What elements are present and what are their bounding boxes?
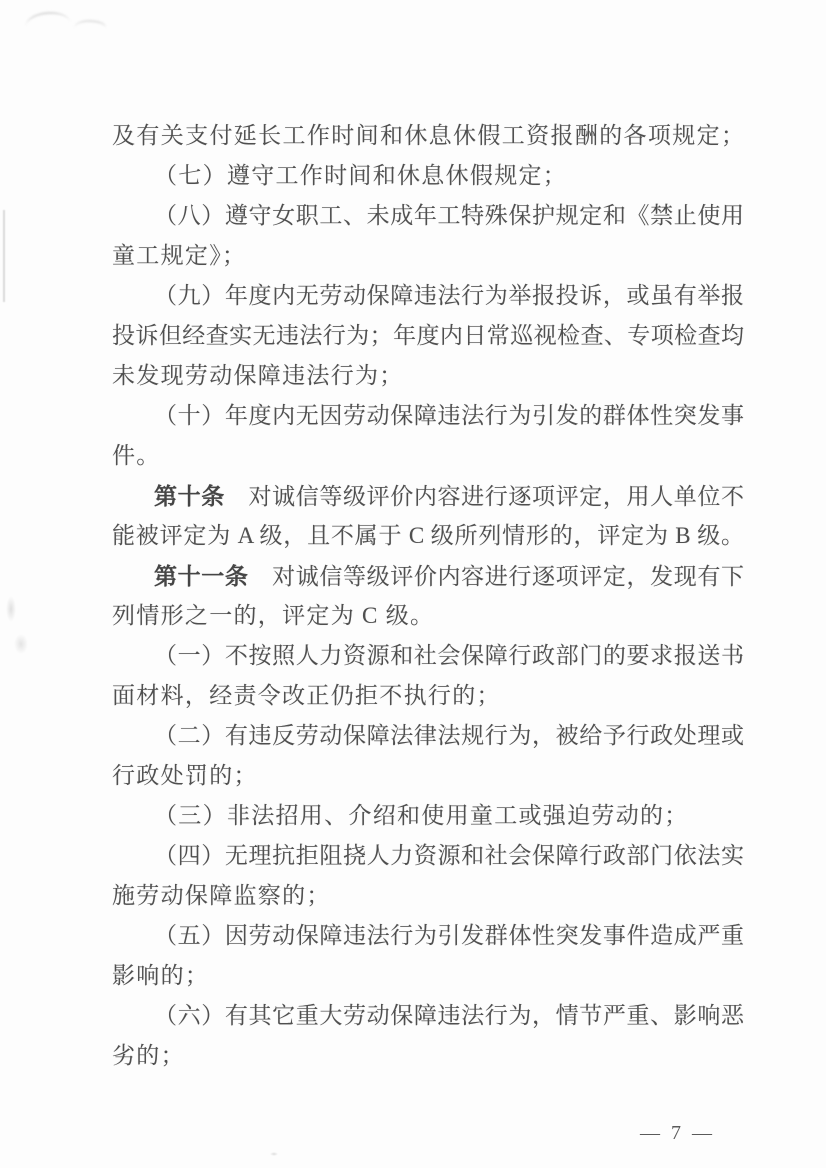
body-text: 施劳动保障监察的； [112,883,331,908]
body-text: 投诉但经查实无违法行为；年度内日常巡视检查、专项检查均 [112,323,744,348]
body-text: （八）遵守女职工、未成年工特殊保护规定和《禁止使用 [154,203,744,228]
text-line: （九）年度内无劳动保障违法行为举报投诉，或虽有举报 [112,276,744,316]
article-heading: 第十一条 [154,563,249,589]
body-text: 对诚信等级评价内容进行逐项评定，发现有下 [249,564,745,589]
text-line: 第十条 对诚信等级评价内容进行逐项评定，用人单位不 [112,476,744,516]
body-text: （十）年度内无因劳动保障违法行为引发的群体性突发事 [154,403,744,428]
text-line: 第十一条 对诚信等级评价内容进行逐项评定，发现有下 [112,556,744,596]
text-line: （二）有违反劳动保障法律法规行为，被给予行政处理或 [112,716,744,756]
scan-smudge [25,9,72,39]
text-line: （三）非法招用、介绍和使用童工或强迫劳动的； [112,796,744,836]
text-line: （七）遵守工作时间和休息休假规定； [112,156,744,196]
scan-speck [14,634,28,654]
text-line: 童工规定》； [112,236,744,276]
body-text: （四）无理抗拒阻挠人力资源和社会保障行政部门依法实 [154,843,744,868]
body-text: 影响的； [112,963,209,988]
text-line: 列情形之一的，评定为 C 级。 [112,596,744,636]
body-text: （三）非法招用、介绍和使用童工或强迫劳动的； [154,803,689,828]
body-text: 未发现劳动保障违法行为； [112,363,404,388]
body-text: 劣的； [112,1043,185,1068]
body-text: （五）因劳动保障违法行为引发群体性突发事件造成严重 [154,923,744,948]
text-line: 行政处罚的； [112,756,744,796]
scan-speck [6,596,16,622]
body-text: 对诚信等级评价内容进行逐项评定，用人单位不 [225,484,744,509]
scan-speck [270,1152,278,1156]
article-heading: 第十条 [154,483,225,509]
body-text: （七）遵守工作时间和休息休假规定； [154,163,567,188]
body-text: 面材料，经责令改正仍拒不执行的； [112,683,501,708]
text-line: （五）因劳动保障违法行为引发群体性突发事件造成严重 [112,916,744,956]
body-text: 件。 [112,443,161,468]
body-text: 及有关支付延长工作时间和休息休假工资报酬的各项规定； [112,123,744,148]
text-line: 面材料，经责令改正仍拒不执行的； [112,676,744,716]
text-line: （十）年度内无因劳动保障违法行为引发的群体性突发事 [112,396,744,436]
text-line: （一）不按照人力资源和社会保障行政部门的要求报送书 [112,636,744,676]
text-line: （四）无理抗拒阻挠人力资源和社会保障行政部门依法实 [112,836,744,876]
text-line: 投诉但经查实无违法行为；年度内日常巡视检查、专项检查均 [112,316,744,356]
scanned-document-page: 及有关支付延长工作时间和休息休假工资报酬的各项规定； （七）遵守工作时间和休息休… [0,0,826,1168]
scan-smudge [73,18,107,39]
text-line: 能被评定为 A 级，且不属于 C 级所列情形的，评定为 B 级。 [112,516,744,556]
text-line: （八）遵守女职工、未成年工特殊保护规定和《禁止使用 [112,196,744,236]
document-body: 及有关支付延长工作时间和休息休假工资报酬的各项规定； （七）遵守工作时间和休息休… [112,116,744,1076]
text-line: 未发现劳动保障违法行为； [112,356,744,396]
text-line: 件。 [112,436,744,476]
text-line: 劣的； [112,1036,744,1076]
scan-scratch [3,210,5,302]
text-line: （六）有其它重大劳动保障违法行为，情节严重、影响恶 [112,996,744,1036]
text-line: 施劳动保障监察的； [112,876,744,916]
body-text: （二）有违反劳动保障法律法规行为，被给予行政处理或 [154,723,744,748]
page-number: — 7 — [640,1122,730,1145]
body-text: （九）年度内无劳动保障违法行为举报投诉，或虽有举报 [154,283,744,308]
body-text: （一）不按照人力资源和社会保障行政部门的要求报送书 [154,643,744,668]
text-line: 及有关支付延长工作时间和休息休假工资报酬的各项规定； [112,116,744,156]
text-line: 影响的； [112,956,744,996]
body-text: （六）有其它重大劳动保障违法行为，情节严重、影响恶 [154,1003,744,1028]
body-text: 童工规定》； [112,243,246,268]
body-text: 行政处罚的； [112,763,258,788]
body-text: 能被评定为 A 级，且不属于 C 级所列情形的，评定为 B 级。 [112,523,744,548]
body-text: 列情形之一的，评定为 C 级。 [112,603,434,628]
